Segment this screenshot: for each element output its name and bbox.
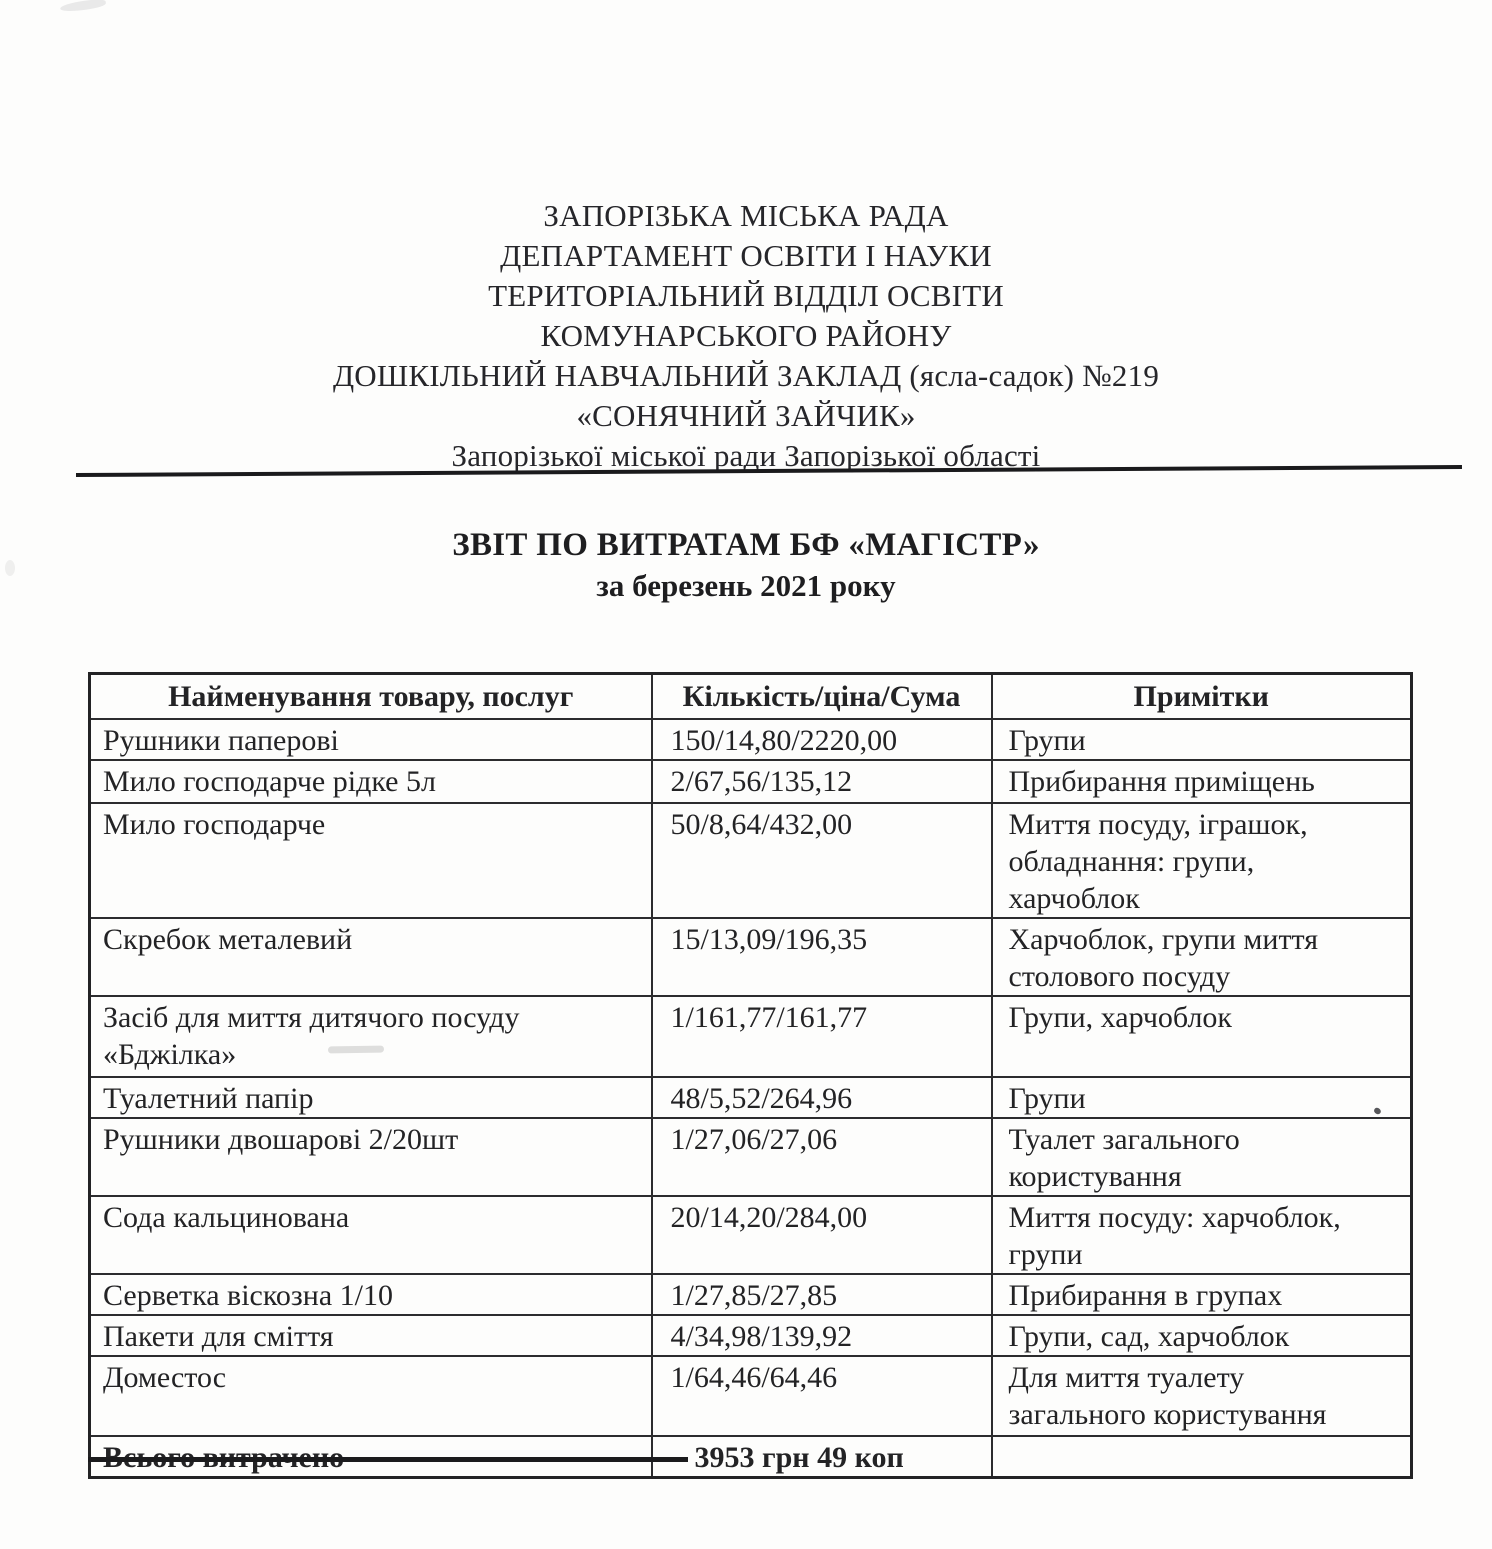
column-header-qty-price-sum: Кількість/ціна/Сума (652, 674, 992, 719)
item-name: Скребок металевий (90, 918, 652, 996)
item-qty-price-sum: 1/161,77/161,77 (652, 996, 992, 1077)
org-line-institution: ДОШКІЛЬНИЙ НАВЧАЛЬНИЙ ЗАКЛАД (ясла-садок… (0, 356, 1492, 396)
item-qty-price-sum: 50/8,64/432,00 (652, 803, 992, 918)
item-qty-price-sum: 1/27,06/27,06 (652, 1118, 992, 1196)
table-row: Туалетний папір 48/5,52/264,96 Групи (90, 1077, 1412, 1118)
org-line-district: КОМУНАРСЬКОГО РАЙОНУ (0, 316, 1492, 356)
item-qty-price-sum: 150/14,80/2220,00 (652, 719, 992, 760)
total-label: Всього витрачено (90, 1436, 652, 1478)
item-note: Прибирання в групах (992, 1274, 1412, 1315)
report-period: за березень 2021 року (0, 568, 1492, 604)
column-header-notes: Примітки (992, 674, 1412, 719)
item-name: Мило господарче (90, 803, 652, 918)
table-row: Сода кальцинована 20/14,20/284,00 Миття … (90, 1196, 1412, 1274)
total-value: 3953 грн 49 коп (652, 1436, 992, 1478)
item-note: Миття посуду, іграшок, обладнання: групи… (992, 803, 1412, 918)
organization-header: ЗАПОРІЗЬКА МІСЬКА РАДА ДЕПАРТАМЕНТ ОСВІТ… (0, 196, 1492, 476)
item-name: Сода кальцинована (90, 1196, 652, 1274)
item-name: Доместос (90, 1356, 652, 1436)
table-row: Мило господарче 50/8,64/432,00 Миття пос… (90, 803, 1412, 918)
table-row: Рушники двошарові 2/20шт 1/27,06/27,06 Т… (90, 1118, 1412, 1196)
item-note: Для миття туалету загального користуванн… (992, 1356, 1412, 1436)
scanned-document-page: ЗАПОРІЗЬКА МІСЬКА РАДА ДЕПАРТАМЕНТ ОСВІТ… (0, 0, 1492, 1549)
table-row: Серветка віскозна 1/10 1/27,85/27,85 При… (90, 1274, 1412, 1315)
table-row: Доместос 1/64,46/64,46 Для миття туалету… (90, 1356, 1412, 1436)
item-note: Харчоблок, групи миття столового посуду (992, 918, 1412, 996)
org-line-department: ДЕПАРТАМЕНТ ОСВІТИ І НАУКИ (0, 236, 1492, 276)
table-row: Пакети для сміття 4/34,98/139,92 Групи, … (90, 1315, 1412, 1356)
org-line-institution-name: «СОНЯЧНИЙ ЗАЙЧИК» (0, 396, 1492, 436)
total-note (992, 1436, 1412, 1478)
item-note: Миття посуду: харчоблок, групи (992, 1196, 1412, 1274)
item-qty-price-sum: 20/14,20/284,00 (652, 1196, 992, 1274)
expenses-table: Найменування товару, послуг Кількість/ці… (88, 672, 1413, 1479)
item-name: Мило господарче рідке 5л (90, 760, 652, 803)
item-note: Групи, сад, харчоблок (992, 1315, 1412, 1356)
scan-artifact-top-left (60, 0, 107, 13)
item-note: Групи (992, 719, 1412, 760)
item-qty-price-sum: 15/13,09/196,35 (652, 918, 992, 996)
table-row: Засіб для миття дитячого посуду «Бджілка… (90, 996, 1412, 1077)
column-header-item: Найменування товару, послуг (90, 674, 652, 719)
table-row: Мило господарче рідке 5л 2/67,56/135,12 … (90, 760, 1412, 803)
table-total-row: Всього витрачено 3953 грн 49 коп (90, 1436, 1412, 1478)
item-note: Групи (992, 1077, 1412, 1118)
item-qty-price-sum: 1/64,46/64,46 (652, 1356, 992, 1436)
item-qty-price-sum: 2/67,56/135,12 (652, 760, 992, 803)
item-qty-price-sum: 4/34,98/139,92 (652, 1315, 992, 1356)
item-note: Прибирання приміщень (992, 760, 1412, 803)
report-title: ЗВІТ ПО ВИТРАТАМ БФ «МАГІСТР» (0, 527, 1492, 564)
item-qty-price-sum: 1/27,85/27,85 (652, 1274, 992, 1315)
item-note: Туалет загального користування (992, 1118, 1412, 1196)
item-name: Засіб для миття дитячого посуду «Бджілка… (90, 996, 652, 1077)
org-line-territorial-dept: ТЕРИТОРІАЛЬНИЙ ВІДДІЛ ОСВІТИ (0, 276, 1492, 316)
org-line-city-council: ЗАПОРІЗЬКА МІСЬКА РАДА (0, 196, 1492, 236)
item-name: Серветка віскозна 1/10 (90, 1274, 652, 1315)
item-name: Пакети для сміття (90, 1315, 652, 1356)
table-row: Скребок металевий 15/13,09/196,35 Харчоб… (90, 918, 1412, 996)
item-name: Рушники паперові (90, 719, 652, 760)
table-header-row: Найменування товару, послуг Кількість/ці… (90, 674, 1412, 719)
table-row: Рушники паперові 150/14,80/2220,00 Групи (90, 719, 1412, 760)
item-name: Рушники двошарові 2/20шт (90, 1118, 652, 1196)
item-name: Туалетний папір (90, 1077, 652, 1118)
item-qty-price-sum: 48/5,52/264,96 (652, 1077, 992, 1118)
item-note: Групи, харчоблок (992, 996, 1412, 1077)
